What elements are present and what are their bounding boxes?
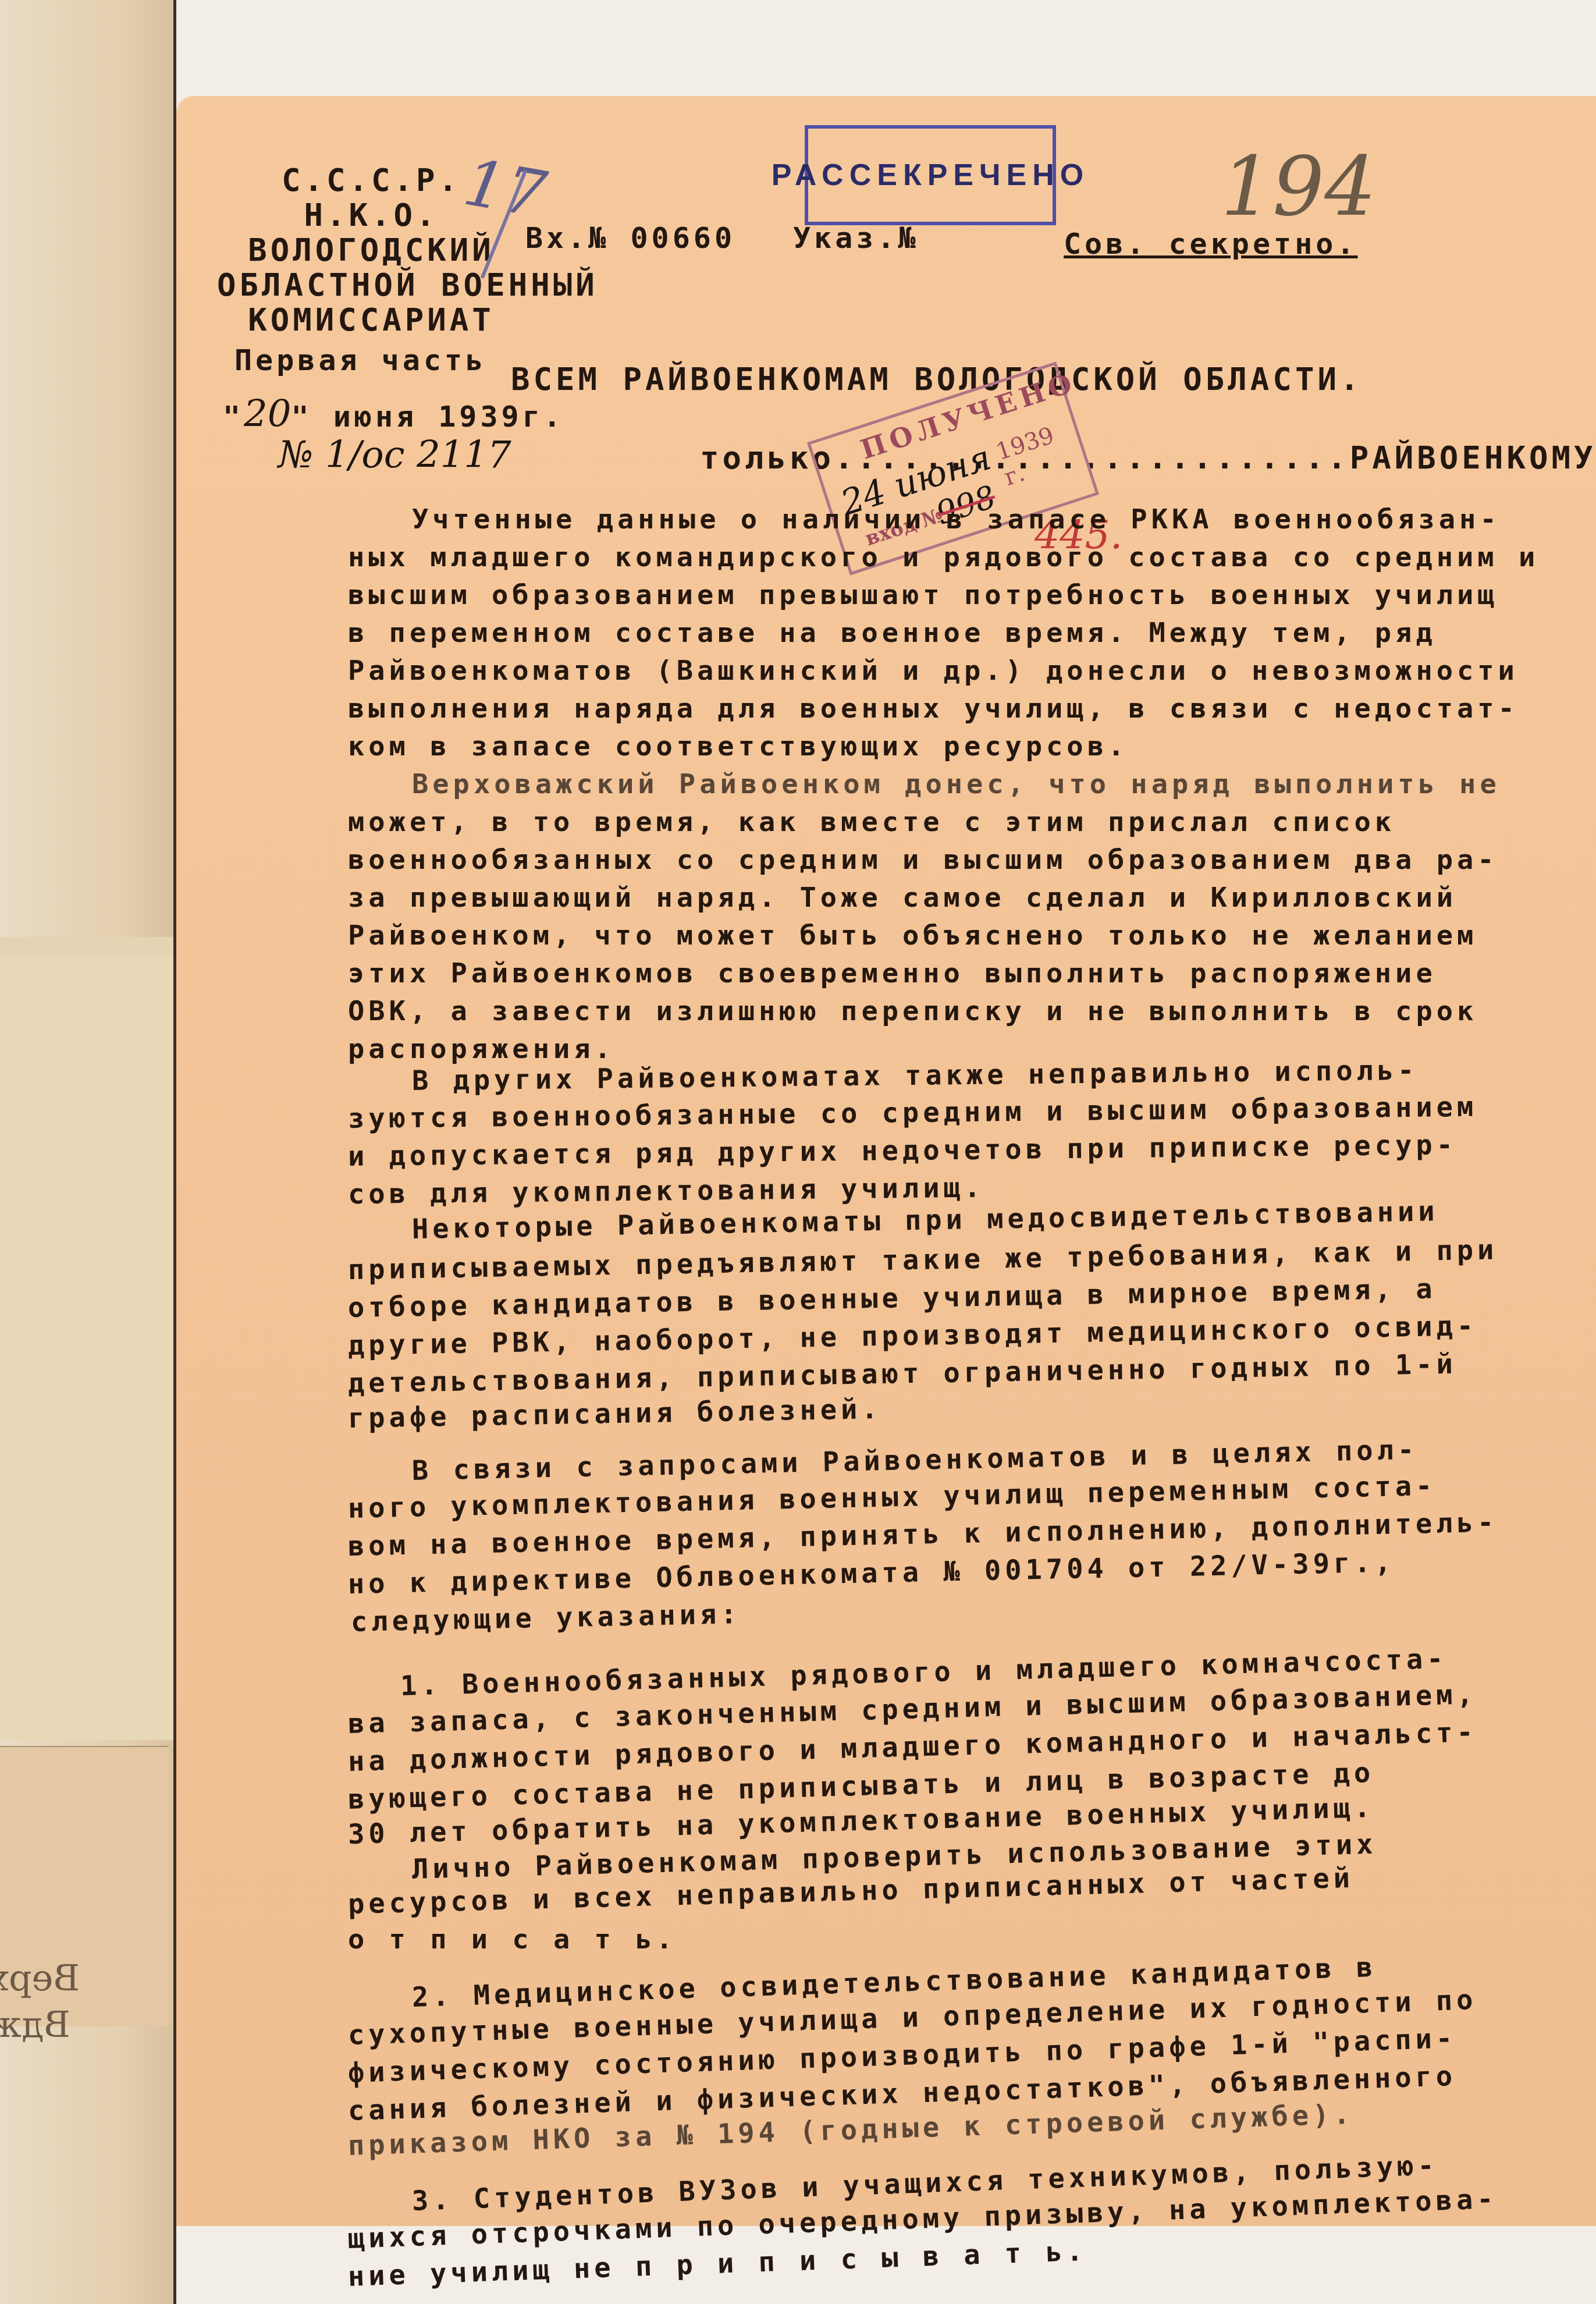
date-day-handwritten: 20: [244, 393, 291, 436]
page-fold: [0, 937, 175, 956]
ukaz-number: Указ.№: [793, 221, 919, 255]
page-tab: Верх Вдж: [0, 1746, 169, 2026]
body-line: распоряжения.: [348, 1033, 615, 1065]
document-date: "20" июня 1939г.: [223, 393, 564, 436]
mirror-text: Верх: [0, 1957, 80, 1999]
body-line: ком в запасе соответствующих ресурсов.: [348, 730, 1128, 762]
department-label: Первая часть: [234, 343, 486, 377]
body-line: Учтенные данные о наличии в запасе РККА …: [412, 503, 1501, 535]
document-sheet: С.С.С.Р. Н.К.О. ВОЛОГОДСКИЙ ОБЛАСТНОЙ ВО…: [176, 96, 1596, 2226]
body-line: ОВК, а завести излишнюю переписку и не в…: [348, 995, 1477, 1027]
reference-number-handwritten: № 1/ос 2117: [278, 434, 511, 477]
body-line: выполнения наряда для военных училищ, в …: [348, 693, 1519, 725]
header-line: КОМИССАРИАТ: [217, 303, 525, 338]
secrecy-label: Сов. секретно.: [1064, 227, 1357, 261]
mirror-text: Вдж: [0, 2003, 70, 2046]
addressee-line: ВСЕМ РАЙВОЕНКОМАМ ВОЛОГОДСКОЙ ОБЛАСТИ.: [511, 361, 1362, 397]
header-line: ВОЛОГОДСКИЙ: [217, 233, 525, 268]
body-line: Верховажский Райвоенком донес, что наряд…: [412, 768, 1501, 800]
body-line: высшим образованием превышают потребност…: [348, 579, 1498, 611]
page-fold-inner: [0, 954, 175, 1740]
page-number-handwritten: 194: [1221, 140, 1376, 235]
body-line: графе расписания болезней.: [348, 1393, 883, 1435]
body-line: о т п и с а т ь.: [348, 1923, 677, 1955]
body-line: следующие указания:: [350, 1598, 741, 1638]
header-line: ОБЛАСТНОЙ ВОЕННЫЙ: [217, 268, 525, 303]
body-line: ных младшего командирского и рядового со…: [348, 541, 1539, 573]
body-line: за превышающий наряд. Тоже самое сделал …: [348, 882, 1457, 914]
incoming-number: Вх.№ 00660: [525, 221, 735, 255]
body-line: зуются военнообязанные со средним и высш…: [348, 1091, 1478, 1135]
body-line: Райвоенком, что может быть объяснено тол…: [348, 920, 1477, 952]
declassified-stamp: РАССЕКРЕЧЕНО: [805, 125, 1056, 225]
body-line: этих Райвоенкомов своевременно выполнить…: [348, 957, 1437, 989]
body-line: Райвоенкоматов (Вашкинский и др.) донесл…: [348, 655, 1519, 687]
body-line: в переменном составе на военное время. М…: [348, 617, 1437, 649]
body-line: может, в то время, как вместе с этим при…: [348, 806, 1395, 838]
stamp-year: 1939 г.: [993, 415, 1087, 491]
body-line: и допускается ряд других недочетов при п…: [348, 1129, 1457, 1173]
body-line: военнообязанных со средним и высшим обра…: [348, 844, 1498, 876]
adjacent-page: Верх Вдж: [0, 0, 175, 2304]
